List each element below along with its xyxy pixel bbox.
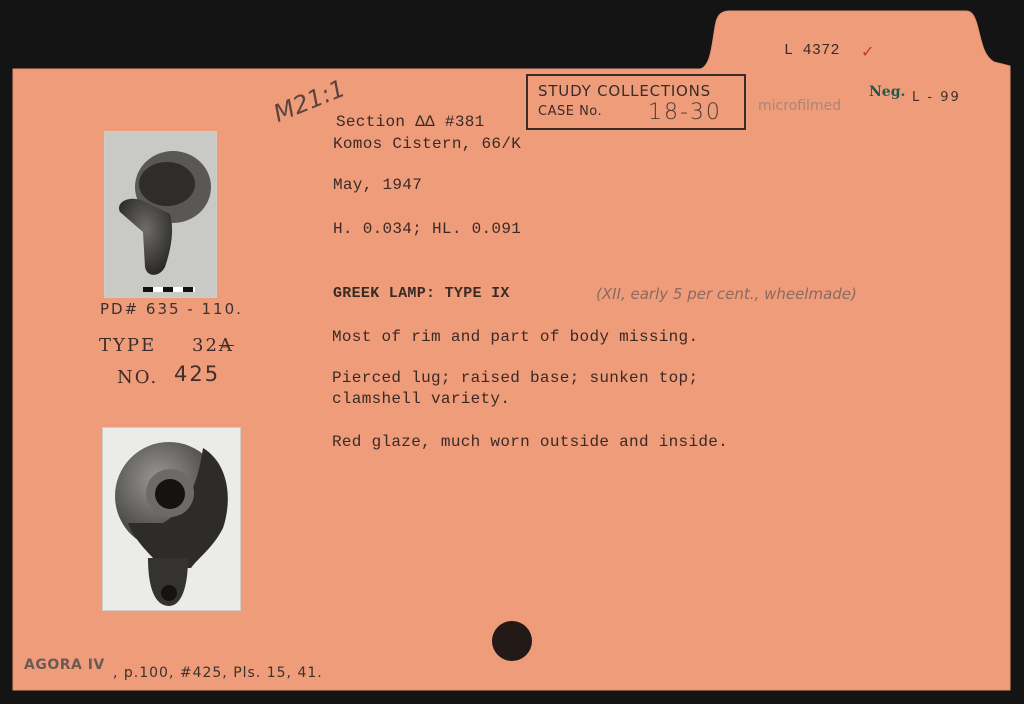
stamp-case-label: CASE No. — [538, 104, 602, 119]
lamp-top-photo — [102, 427, 241, 611]
location-line: Komos Cistern, 66/K — [333, 135, 521, 153]
section-line: Section ΔΔ #381 — [336, 113, 485, 131]
description-line-1: Pierced lug; raised base; sunken top; — [332, 369, 698, 387]
dimensions-line: H. 0.034; HL. 0.091 — [333, 220, 521, 238]
lamp-side-image — [105, 132, 217, 298]
lamp-top-image — [103, 428, 241, 611]
number-value: 425 — [174, 362, 220, 386]
type-struck-letter: A — [219, 335, 234, 356]
type-label: TYPE — [99, 335, 156, 356]
binder-hole — [492, 621, 532, 661]
agora-reference-stamp: AGORA IV — [24, 657, 105, 673]
publication-reference: , p.100, #425, Pls. 15, 41. — [113, 665, 323, 681]
negative-label: Neg. — [869, 84, 905, 100]
stamp-case-number: 18-30 — [648, 100, 722, 125]
study-collections-stamp: STUDY COLLECTIONS CASE No. 18-30 — [526, 74, 746, 130]
microfilmed-stamp: microfilmed — [758, 98, 841, 114]
lamp-side-photo — [104, 131, 217, 298]
type-value: 32A — [192, 335, 234, 356]
number-label: NO. — [117, 367, 158, 388]
negative-number: L - 99 — [912, 90, 961, 105]
stamp-title: STUDY COLLECTIONS — [538, 82, 711, 100]
handwritten-type-note: (XII, early 5 per cent., wheelmade) — [596, 285, 857, 303]
check-mark-icon: ✓ — [861, 42, 874, 61]
description-line-2: clamshell variety. — [332, 390, 510, 408]
catalog-number: L 4372 — [784, 42, 840, 59]
photo-number: PD# 635 - 110. — [100, 300, 243, 318]
date-line: May, 1947 — [333, 176, 422, 194]
glaze-line: Red glaze, much worn outside and inside. — [332, 433, 728, 451]
object-type-line: GREEK LAMP: TYPE IX — [333, 285, 510, 302]
condition-line: Most of rim and part of body missing. — [332, 328, 698, 346]
type-number: 32 — [192, 335, 219, 356]
